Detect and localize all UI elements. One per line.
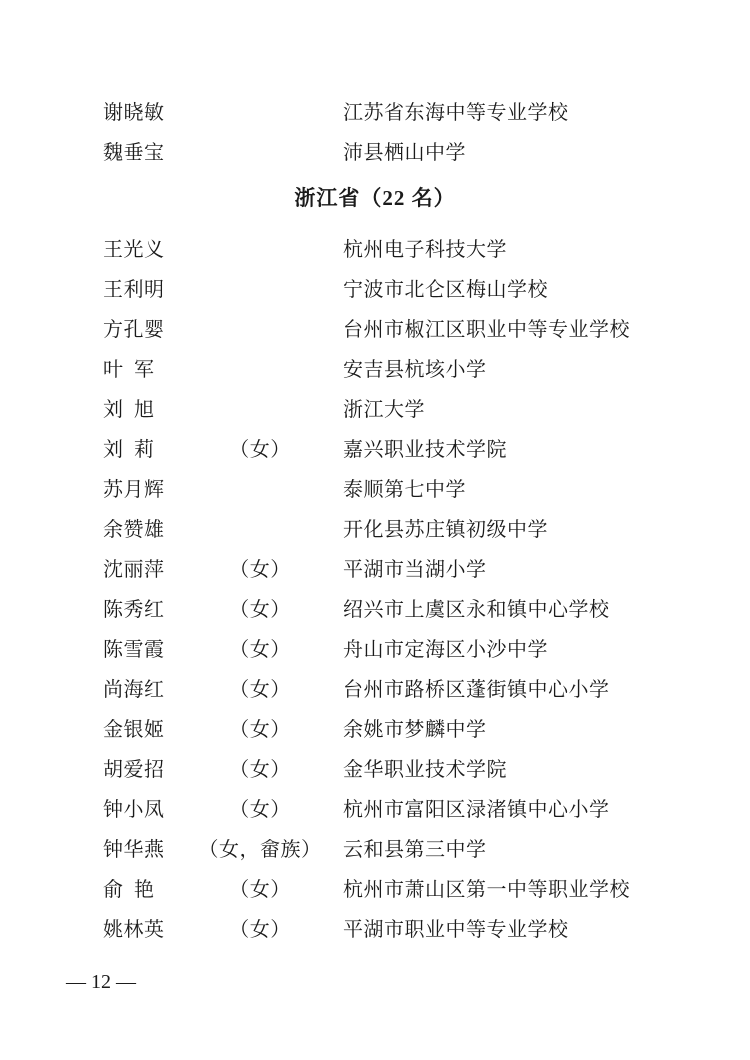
- school-name: 杭州电子科技大学: [343, 230, 507, 270]
- award-row: 钟华燕 （女，畲族） 云和县第三中学: [0, 830, 750, 870]
- zhejiang-rows: 王光义 杭州电子科技大学 王利明 宁波市北仑区梅山学校 方孔婴 台州市椒江区职业…: [0, 230, 750, 950]
- gender-note: （女，畲族）: [180, 830, 340, 870]
- award-row: 尚海红 （女） 台州市路桥区蓬街镇中心小学: [0, 670, 750, 710]
- school-name: 沛县栖山中学: [343, 133, 466, 173]
- gender-note: （女）: [180, 550, 340, 590]
- award-row: 王利明 宁波市北仑区梅山学校: [0, 270, 750, 310]
- gender-note: （女）: [180, 710, 340, 750]
- school-name: 江苏省东海中等专业学校: [343, 93, 569, 133]
- person-name: 金银姬: [103, 710, 165, 750]
- school-name: 云和县第三中学: [343, 830, 487, 870]
- award-row: 刘 莉 （女） 嘉兴职业技术学院: [0, 430, 750, 470]
- award-row: 苏月辉 泰顺第七中学: [0, 470, 750, 510]
- school-name: 金华职业技术学院: [343, 750, 507, 790]
- gender-note: （女）: [180, 910, 340, 950]
- award-row: 陈雪霞 （女） 舟山市定海区小沙中学: [0, 630, 750, 670]
- gender-note: （女）: [180, 790, 340, 830]
- school-name: 余姚市梦麟中学: [343, 710, 487, 750]
- person-name: 姚林英: [103, 910, 165, 950]
- award-row: 叶 军 安吉县杭垓小学: [0, 350, 750, 390]
- person-name: 方孔婴: [103, 310, 165, 350]
- gender-note: （女）: [180, 430, 340, 470]
- award-row: 王光义 杭州电子科技大学: [0, 230, 750, 270]
- person-name: 沈丽萍: [103, 550, 165, 590]
- person-name: 刘 莉: [103, 430, 155, 470]
- award-row: 钟小凤 （女） 杭州市富阳区渌渚镇中心小学: [0, 790, 750, 830]
- award-row: 沈丽萍 （女） 平湖市当湖小学: [0, 550, 750, 590]
- carryover-rows: 谢晓敏 江苏省东海中等专业学校 魏垂宝 沛县栖山中学: [0, 93, 750, 173]
- school-name: 杭州市富阳区渌渚镇中心小学: [343, 790, 610, 830]
- gender-note: （女）: [180, 590, 340, 630]
- person-name: 王光义: [103, 230, 165, 270]
- school-name: 浙江大学: [343, 390, 425, 430]
- school-name: 平湖市职业中等专业学校: [343, 910, 569, 950]
- person-name: 叶 军: [103, 350, 155, 390]
- award-row: 金银姬 （女） 余姚市梦麟中学: [0, 710, 750, 750]
- school-name: 台州市路桥区蓬街镇中心小学: [343, 670, 610, 710]
- school-name: 平湖市当湖小学: [343, 550, 487, 590]
- award-row: 魏垂宝 沛县栖山中学: [0, 133, 750, 173]
- person-name: 余赞雄: [103, 510, 165, 550]
- person-name: 王利明: [103, 270, 165, 310]
- section-heading: 浙江省（22 名）: [0, 184, 750, 212]
- document-page: 谢晓敏 江苏省东海中等专业学校 魏垂宝 沛县栖山中学 浙江省（22 名） 王光义…: [0, 0, 750, 1060]
- person-name: 钟小凤: [103, 790, 165, 830]
- school-name: 舟山市定海区小沙中学: [343, 630, 548, 670]
- person-name: 尚海红: [103, 670, 165, 710]
- award-row: 刘 旭 浙江大学: [0, 390, 750, 430]
- gender-note: （女）: [180, 630, 340, 670]
- school-name: 绍兴市上虞区永和镇中心学校: [343, 590, 610, 630]
- school-name: 杭州市萧山区第一中等职业学校: [343, 870, 630, 910]
- person-name: 刘 旭: [103, 390, 155, 430]
- award-row: 俞 艳 （女） 杭州市萧山区第一中等职业学校: [0, 870, 750, 910]
- award-row: 胡爱招 （女） 金华职业技术学院: [0, 750, 750, 790]
- school-name: 台州市椒江区职业中等专业学校: [343, 310, 630, 350]
- award-row: 余赞雄 开化县苏庄镇初级中学: [0, 510, 750, 550]
- person-name: 俞 艳: [103, 870, 155, 910]
- award-row: 陈秀红 （女） 绍兴市上虞区永和镇中心学校: [0, 590, 750, 630]
- person-name: 陈秀红: [103, 590, 165, 630]
- school-name: 宁波市北仑区梅山学校: [343, 270, 548, 310]
- school-name: 开化县苏庄镇初级中学: [343, 510, 548, 550]
- gender-note: （女）: [180, 870, 340, 910]
- school-name: 泰顺第七中学: [343, 470, 466, 510]
- person-name: 陈雪霞: [103, 630, 165, 670]
- page-number: — 12 —: [66, 970, 136, 994]
- award-row: 姚林英 （女） 平湖市职业中等专业学校: [0, 910, 750, 950]
- person-name: 苏月辉: [103, 470, 165, 510]
- person-name: 胡爱招: [103, 750, 165, 790]
- school-name: 嘉兴职业技术学院: [343, 430, 507, 470]
- person-name: 钟华燕: [103, 830, 165, 870]
- person-name: 谢晓敏: [103, 93, 165, 133]
- school-name: 安吉县杭垓小学: [343, 350, 487, 390]
- person-name: 魏垂宝: [103, 133, 165, 173]
- award-row: 谢晓敏 江苏省东海中等专业学校: [0, 93, 750, 133]
- gender-note: （女）: [180, 750, 340, 790]
- gender-note: （女）: [180, 670, 340, 710]
- award-row: 方孔婴 台州市椒江区职业中等专业学校: [0, 310, 750, 350]
